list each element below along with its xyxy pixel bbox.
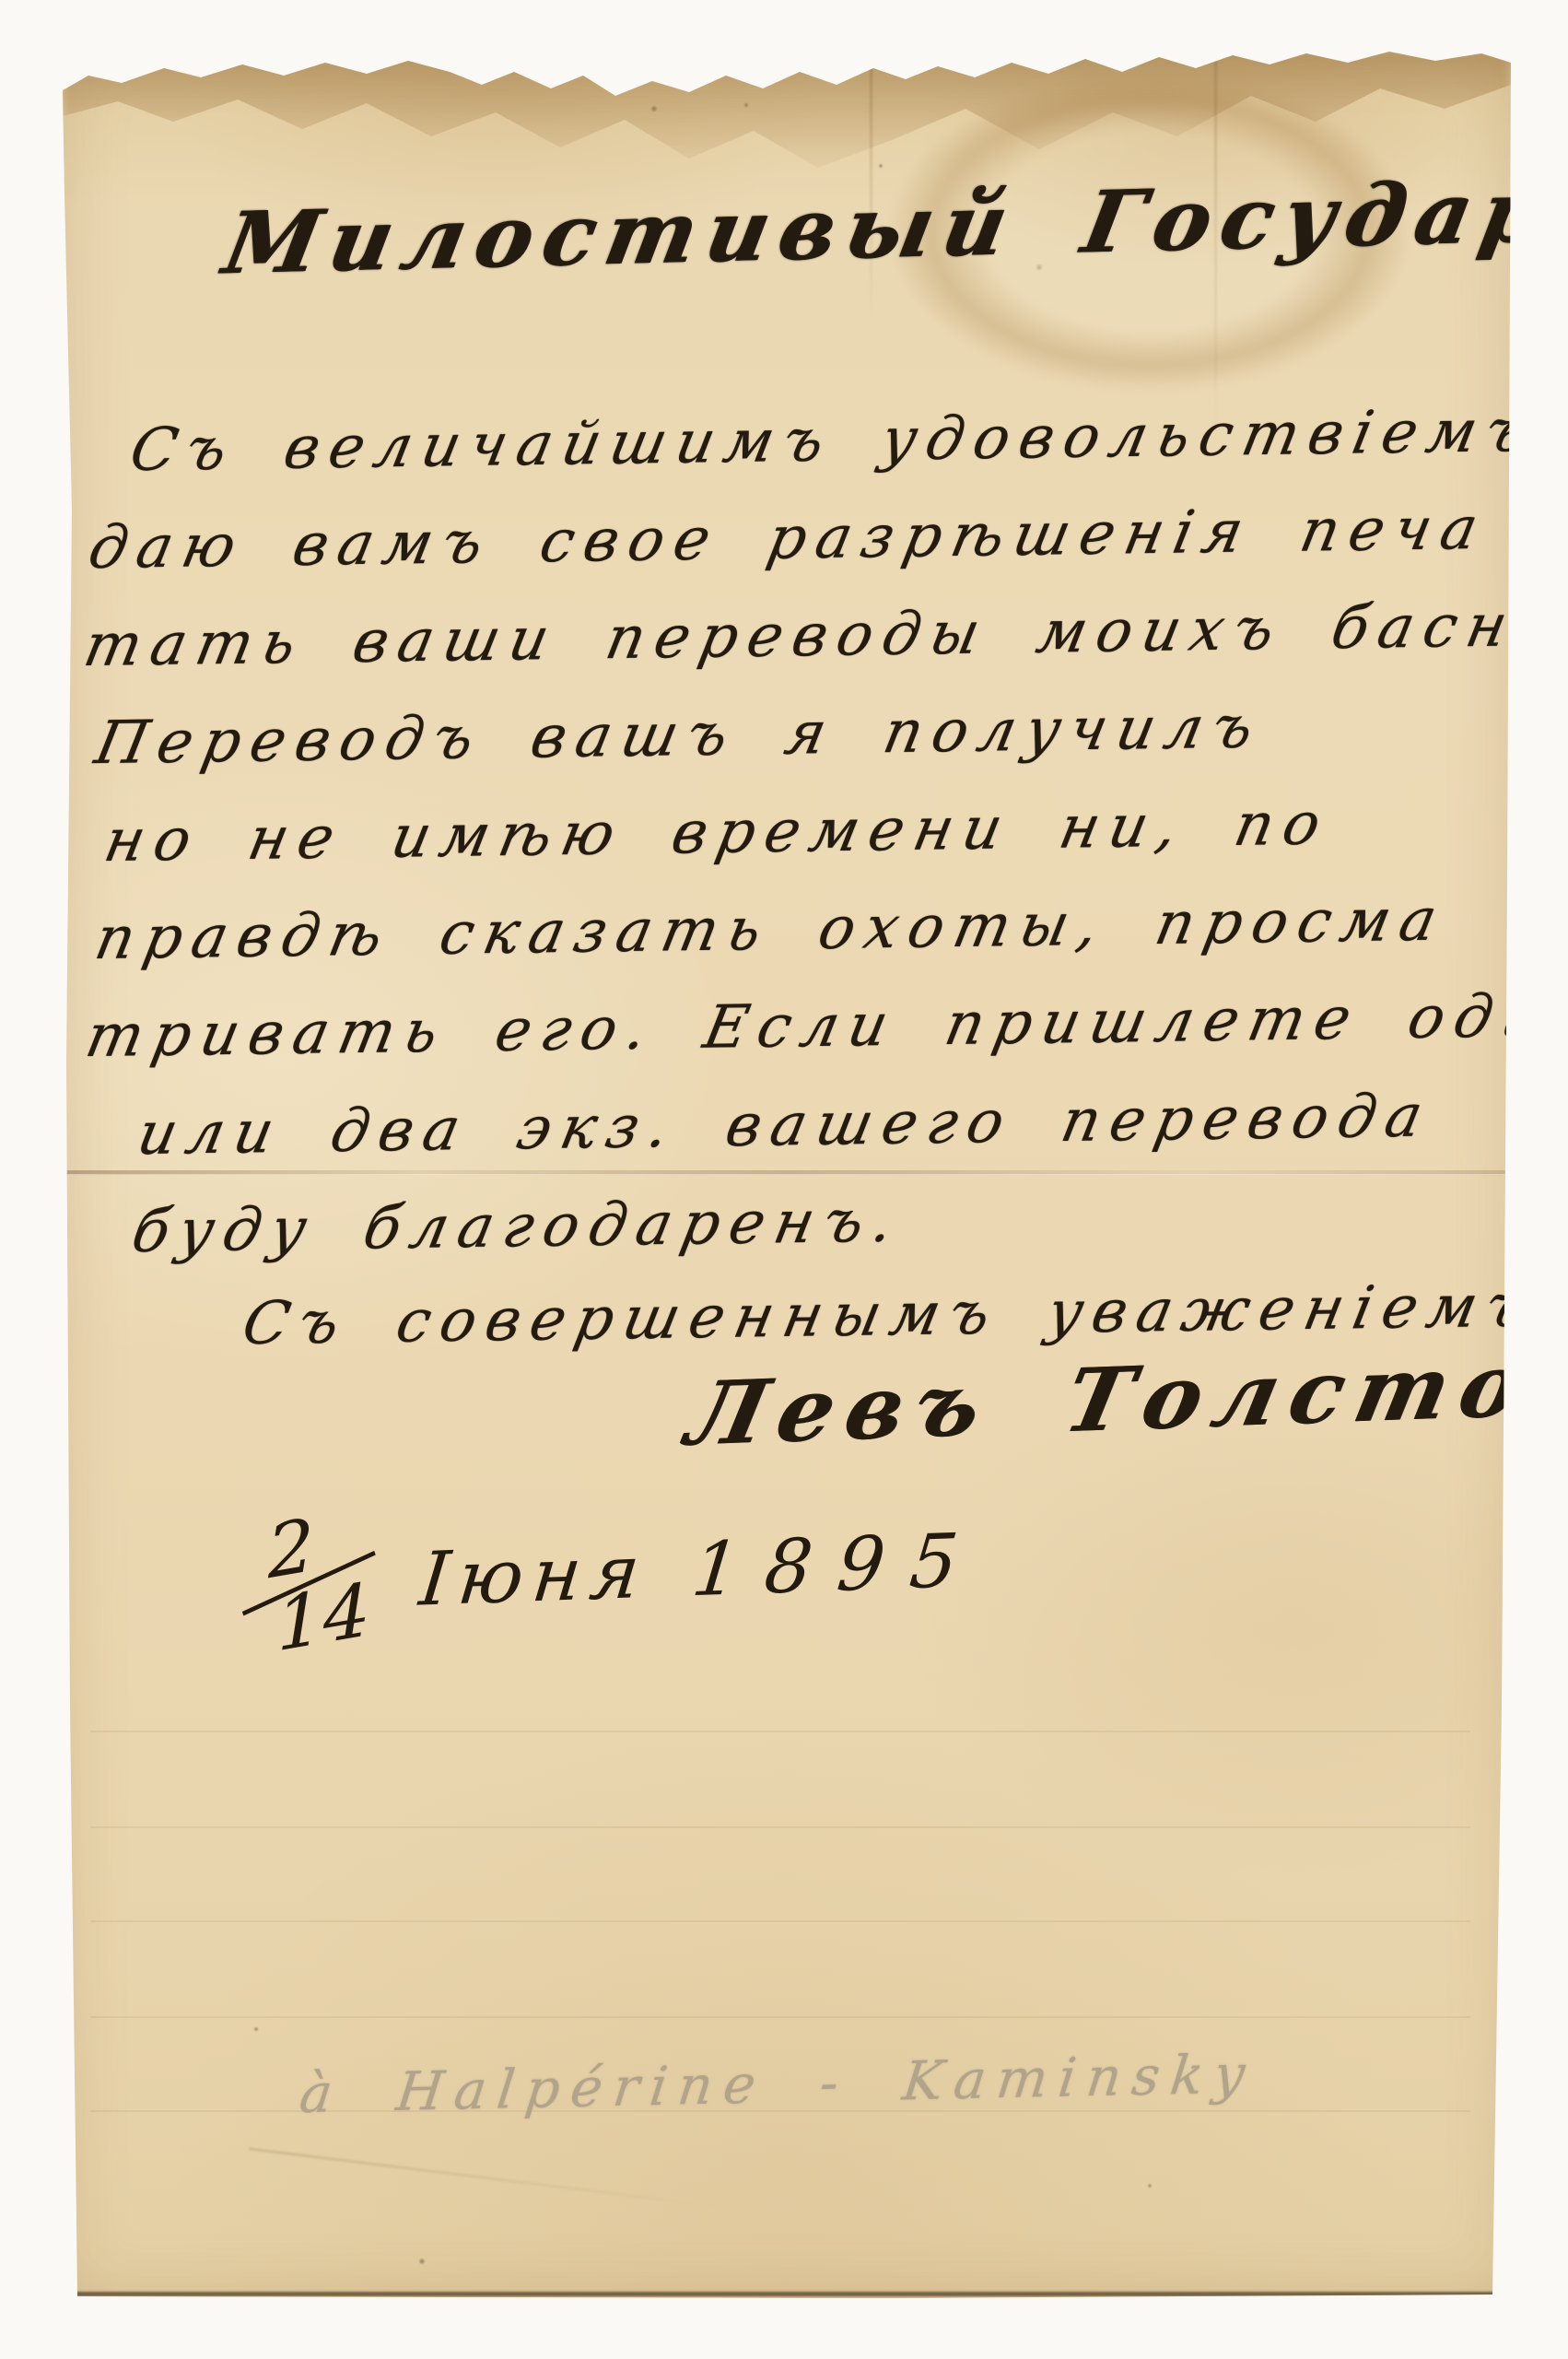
body-line: правдѣ сказать охоты, просма	[89, 886, 1452, 974]
ruled-line	[90, 1920, 1470, 1922]
date-block: 2 14 Іюня 1895	[233, 1493, 990, 1653]
fold-crease-horizontal	[63, 1170, 1511, 1175]
date-month: Іюня	[415, 1529, 652, 1623]
date-year: 1895	[688, 1517, 988, 1613]
body-line: тривать его. Если пришлете одинъ	[80, 980, 1568, 1071]
body-line: Переводъ вашъ я получилъ	[89, 693, 1269, 778]
pencil-annotation: à Halpérine - Kaminsky	[297, 2042, 1259, 2125]
body-line: буду благодаренъ.	[126, 1187, 908, 1266]
body-line: даю вамъ свое разрѣшенія печа	[83, 495, 1493, 582]
date-fraction: 2 14	[237, 1505, 380, 1661]
signature: Левъ Толстой	[678, 1332, 1568, 1466]
body-line: но не имѣю времени ни, по	[99, 790, 1336, 875]
body-line: или два экз. вашего перевода	[132, 1082, 1438, 1168]
ruled-line	[90, 2016, 1470, 2018]
bottom-edge-shadow	[74, 2292, 1494, 2296]
ruled-line	[90, 1826, 1470, 1828]
date-day-old-style: 2	[266, 1516, 315, 1582]
body-line: тать ваши переводы моихъ басни.	[78, 591, 1568, 680]
body-line: Съ величайшимъ удовольствіемъ	[124, 397, 1542, 485]
scan-background: { "letter": { "salutation": "Милостивый …	[0, 0, 1568, 2359]
date-day-new-style: 14	[275, 1580, 371, 1655]
letter-paper: Милостивый Государь, Съ величайшимъ удов…	[63, 48, 1511, 2298]
wrinkle-crease	[249, 2147, 724, 2208]
ruled-line	[90, 1731, 1470, 1732]
